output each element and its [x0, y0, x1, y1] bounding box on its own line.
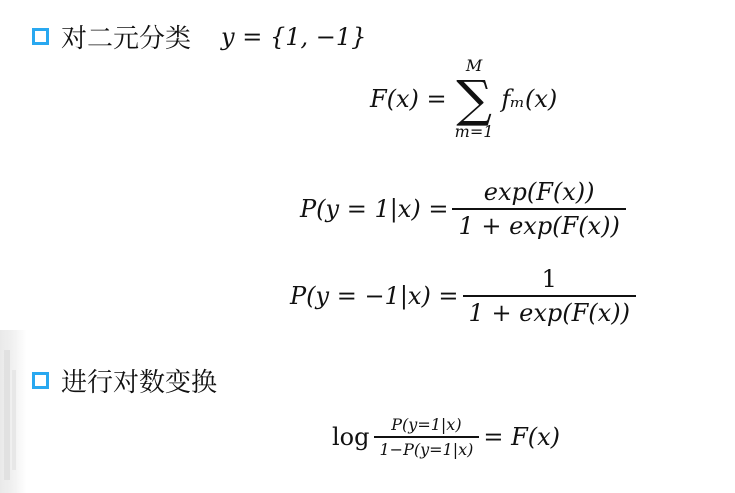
square-bullet-icon — [32, 372, 49, 389]
formula-rhs: = F(x) — [483, 423, 560, 451]
formula-P-positive: P(y = 1|x) = exp(F(x)) 1 + exp(F(x)) — [300, 178, 630, 240]
section-heading: 对二元分类 — [61, 18, 191, 55]
formula-log-odds: log P(y=1|x) 1−P(y=1|x) = F(x) — [332, 415, 560, 459]
denominator: 1 + exp(F(x)) — [452, 208, 625, 240]
formula-lhs: P(y = 1|x) = — [300, 195, 448, 223]
formula-lhs: P(y = −1|x) = — [290, 282, 459, 310]
formula-lhs: F(x) = — [370, 85, 447, 113]
formula-P-negative: P(y = −1|x) = 1 1 + exp(F(x)) — [290, 265, 640, 327]
log-operator: log — [332, 423, 370, 451]
summation: M ∑ m=1 — [455, 58, 494, 140]
formula-rhs: fₘ(x) — [501, 85, 557, 113]
section-heading: 进行对数变换 — [61, 362, 217, 399]
fraction: 1 1 + exp(F(x)) — [463, 265, 636, 327]
sum-lower-limit: m=1 — [455, 124, 494, 140]
formula-F-sum: F(x) = M ∑ m=1 fₘ(x) — [370, 58, 557, 140]
section-binary-classification: 对二元分类 y = {1, −1} — [32, 18, 366, 55]
numerator: 1 — [536, 265, 563, 295]
label-set-math: y = {1, −1} — [221, 23, 366, 51]
numerator: exp(F(x)) — [478, 178, 601, 208]
fraction: exp(F(x)) 1 + exp(F(x)) — [452, 178, 625, 240]
decorative-figure-image — [0, 330, 26, 493]
denominator: 1 + exp(F(x)) — [463, 295, 636, 327]
fraction: P(y=1|x) 1−P(y=1|x) — [374, 415, 480, 459]
square-bullet-icon — [32, 28, 49, 45]
section-log-transform: 进行对数变换 — [32, 362, 217, 399]
numerator: P(y=1|x) — [385, 415, 467, 436]
sigma-icon: ∑ — [456, 74, 492, 124]
denominator: 1−P(y=1|x) — [374, 436, 480, 459]
